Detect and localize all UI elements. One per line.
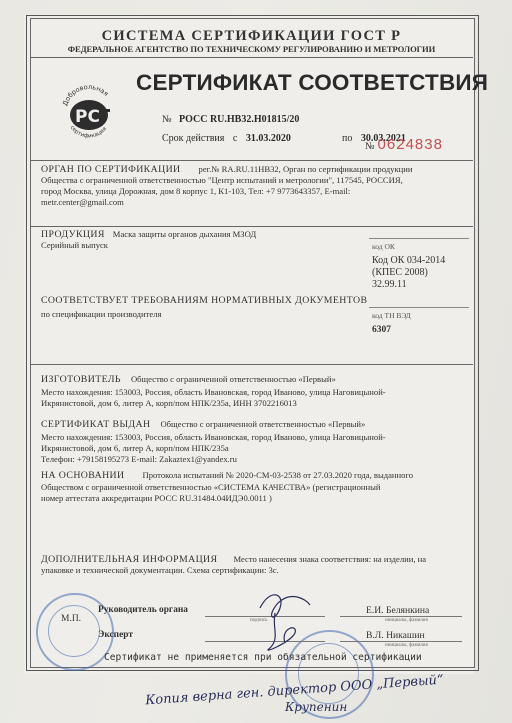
additional-line: упаковке и технической документации. Схе… (41, 565, 461, 576)
validity-period: Срок действия с 31.03.2020 по 30.03.2021 (162, 133, 297, 144)
blank-serial: №0624838 (365, 136, 443, 153)
agency-name: ФЕДЕРАЛЬНОЕ АГЕНТСТВО ПО ТЕХНИЧЕСКОМУ РЕ… (30, 44, 473, 54)
system-title: СИСТЕМА СЕРТИФИКАЦИИ ГОСТ Р (30, 28, 473, 45)
number-label: № (162, 114, 172, 125)
product-name: Маска защиты органов дыхания МЗОД (113, 229, 256, 239)
body-line: город Москва, улица Дорожная, дом 8 корп… (41, 186, 461, 197)
rst-logo: Добровольная PC сертификация (58, 82, 120, 144)
ok-code-box: код ОК Код ОК 034-2014 (КПЕС 2008) 32.99… (369, 238, 469, 291)
basis-line: Протокола испытаний № 2020-СМ-03-2538 от… (143, 470, 414, 480)
manufacturer-section: ИЗГОТОВИТЕЛЬОбщество с ограниченной отве… (41, 374, 461, 409)
basis-line: номер аттестата аккредитации РОСС RU.314… (41, 493, 461, 504)
certificate-title: СЕРТИФИКАТ СООТВЕТСТВИЯ (136, 70, 488, 96)
name-caption: инициалы, фамилия (385, 618, 428, 623)
tn-ved-label: код ТН ВЭД (372, 311, 469, 320)
basis-section: НА ОСНОВАНИИПротокола испытаний № 2020-С… (41, 470, 461, 504)
handwritten-signature: Крупенин (285, 700, 347, 714)
stamp-place-label: М.П. (61, 614, 81, 624)
issued-to-name: Общество с ограниченной ответственностью… (160, 419, 365, 429)
from-label: с (233, 133, 237, 144)
issued-to-address: Место нахождения: 153003, Россия, област… (41, 432, 461, 443)
footer-note: Сертификат не применяется при обязательн… (104, 652, 422, 663)
manufacturer-address: Место нахождения: 153003, Россия, област… (41, 387, 461, 398)
divider (30, 226, 473, 227)
number-value: РОСС RU.НВ32.Н01815/20 (179, 114, 299, 125)
issued-to-section: СЕРТИФИКАТ ВЫДАНОбщество с ограниченной … (41, 419, 461, 465)
section-label: ДОПОЛНИТЕЛЬНАЯ ИНФОРМАЦИЯ (41, 554, 217, 565)
ok-code-label: код ОК (372, 242, 469, 251)
tn-ved-code: 6307 (372, 324, 469, 336)
name-caption: инициалы, фамилия (385, 643, 428, 648)
ok-code-line: Код ОК 034-2014 (372, 255, 469, 267)
certification-body-section: ОРГАН ПО СЕРТИФИКАЦИИрег.№ RA.RU.11НВ32,… (41, 164, 461, 208)
divider (30, 160, 473, 161)
issued-to-address: Икрянистовой, дом 6, литер А, корп/пом Н… (41, 443, 461, 454)
section-label: НА ОСНОВАНИИ (41, 470, 125, 481)
expert-label: Эксперт (98, 630, 133, 640)
header-divider (30, 57, 473, 58)
additional-section: ДОПОЛНИТЕЛЬНАЯ ИНФОРМАЦИЯМесто нанесения… (41, 554, 461, 576)
body-line: Общества с ограниченной ответственностью… (41, 175, 461, 186)
valid-from: 31.03.2020 (246, 133, 291, 144)
certificate-number: № РОСС RU.НВ32.Н01815/20 (162, 114, 299, 125)
section-label: ПРОДУКЦИЯ (41, 229, 105, 240)
basis-line: Обществом с ограниченной ответственность… (41, 482, 461, 493)
divider (30, 364, 473, 365)
rst-logo-icon: Добровольная PC сертификация (58, 82, 120, 144)
section-label: ИЗГОТОВИТЕЛЬ (41, 374, 121, 385)
head-label: Руководитель органа (98, 605, 188, 615)
body-email: metr.center@gmail.com (41, 197, 461, 208)
issued-to-contacts: Телефон: +79158195273 E-mail: Zakaztex1@… (41, 454, 461, 465)
section-label: СЕРТИФИКАТ ВЫДАН (41, 419, 150, 430)
ok-code-line: (КПЕС 2008) (372, 267, 469, 279)
manufacturer-name: Общество с ограниченной ответственностью… (131, 374, 336, 384)
tn-ved-box: код ТН ВЭД 6307 (369, 307, 469, 348)
body-line: рег.№ RA.RU.11НВ32, Орган по сертификаци… (199, 164, 413, 174)
serial-label: № (365, 141, 375, 152)
expert-name-line (340, 641, 462, 642)
validity-label: Срок действия (162, 133, 224, 144)
head-name-line (340, 616, 462, 617)
ok-code-line: 32.99.11 (372, 279, 469, 291)
svg-text:PC: PC (75, 107, 100, 127)
additional-line: Место нанесения знака соответствия: на и… (233, 554, 426, 564)
signature-scribble-icon (250, 583, 320, 658)
stamp-inner-ring (48, 605, 100, 657)
expert-name: В.Л. Никашин (366, 630, 425, 641)
head-name: Е.И. Белянкина (366, 605, 429, 616)
section-label: СООТВЕТСТВУЕТ ТРЕБОВАНИЯМ НОРМАТИВНЫХ ДО… (41, 295, 461, 306)
serial-number: 0624838 (378, 136, 443, 153)
to-label: по (342, 133, 352, 144)
section-label: ОРГАН ПО СЕРТИФИКАЦИИ (41, 164, 181, 175)
manufacturer-address: Икрянистовой, дом 6, литер А, корп/пом Н… (41, 398, 461, 409)
